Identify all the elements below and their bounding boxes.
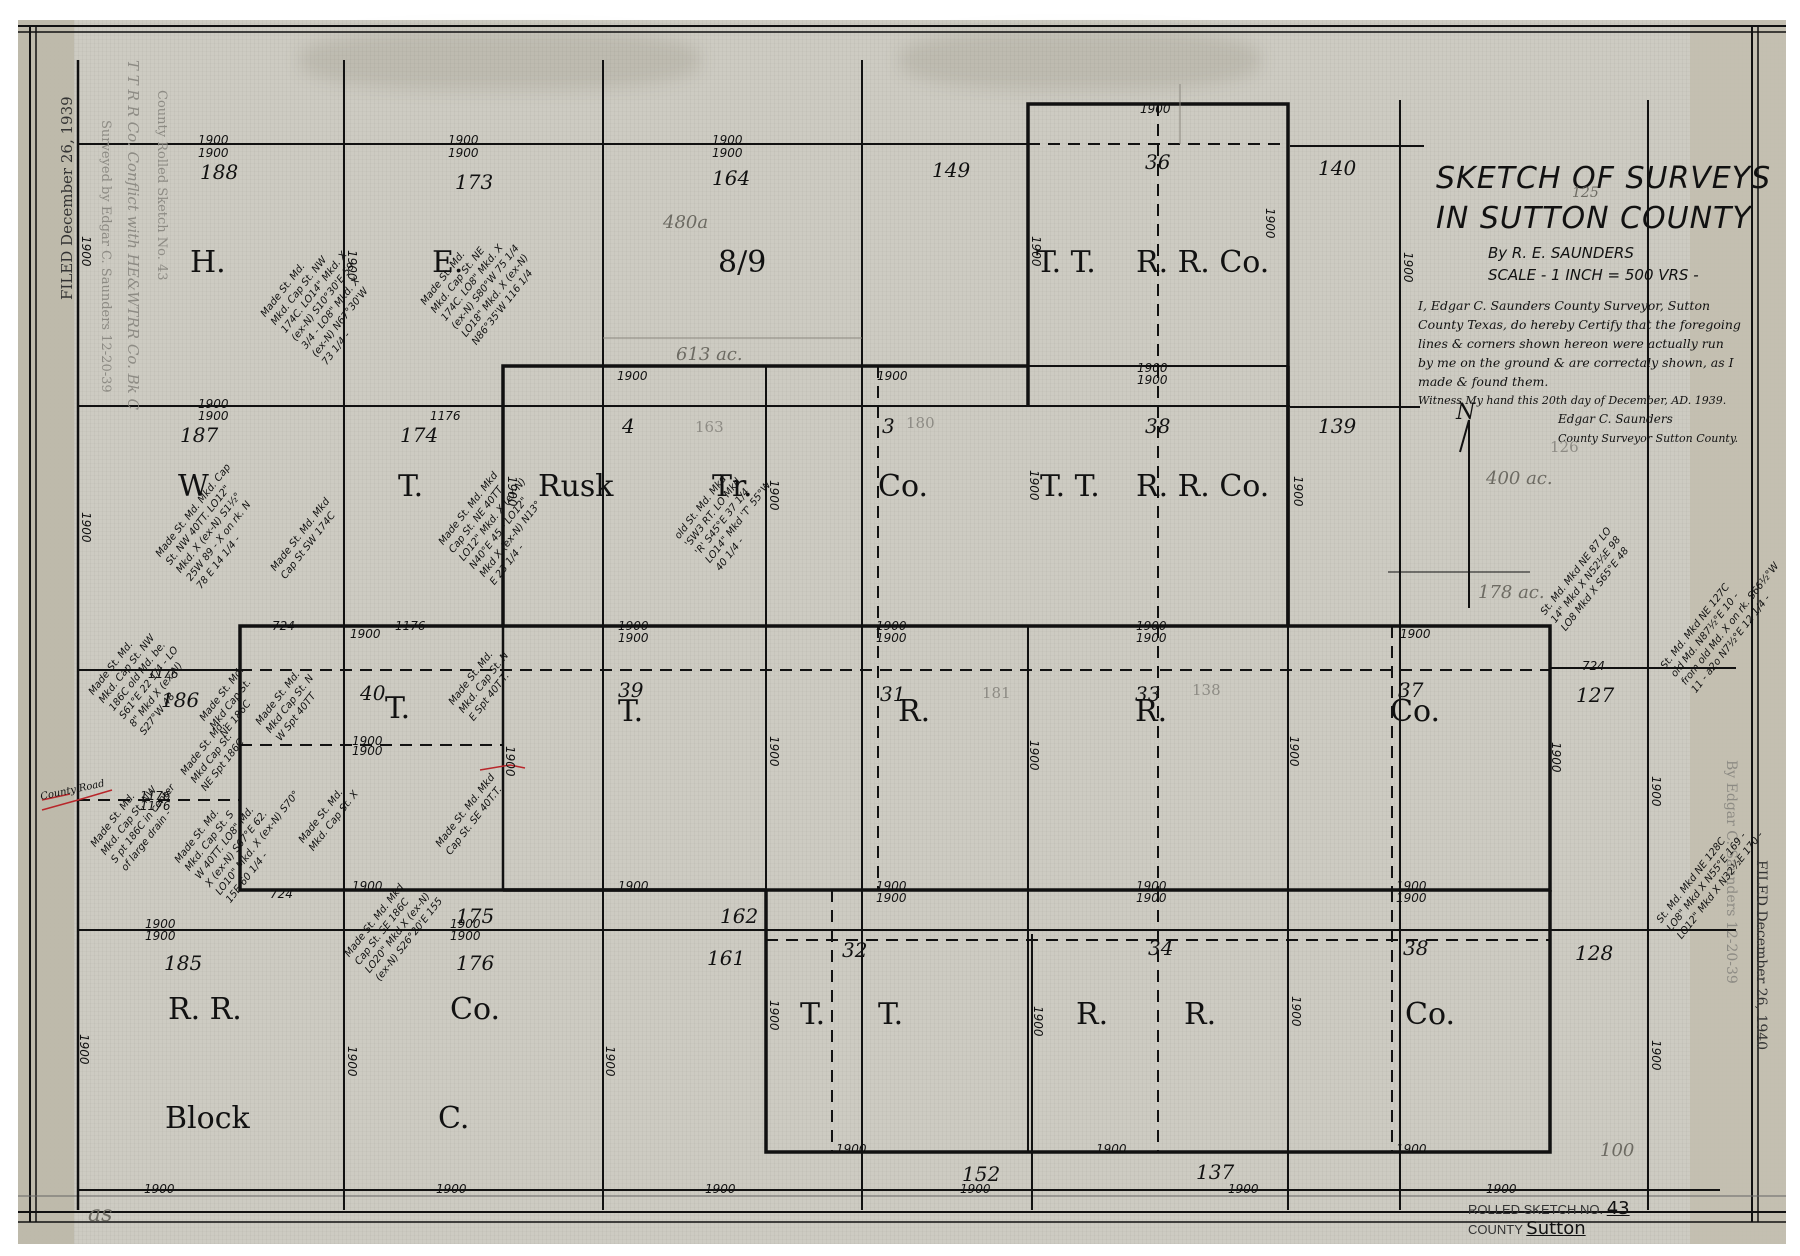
block-label: R. [1076,1000,1108,1030]
cert-line: lines & corners shown hereon were actual… [1418,334,1748,353]
block-label: T. [398,472,423,502]
block-label: Co. [450,995,500,1025]
faded-section-number: 138 [1192,683,1221,698]
filed-stamp-right: FILED December 26, 1940 [1754,860,1768,1050]
dimension-label: 1900 [352,880,383,892]
dimension-label: 1900 [877,370,908,382]
dimension-label: 1900 [1140,103,1171,115]
block-label: Co. [1405,1000,1455,1030]
section-number: 164 [712,168,750,188]
block-label: R. [1184,1000,1216,1030]
dimension-label: 1900 [1136,632,1167,644]
vertical-dimension: 1900 [1028,740,1040,771]
block-label: R. [1135,697,1167,727]
dimension-label: 1900 [1136,892,1167,904]
rolled-sketch-number: 43 [1607,1198,1630,1219]
vertical-dimension: 1900 [1032,1006,1044,1037]
dimension-label: 1900 [1396,1143,1427,1155]
pencil-note: 100 [1600,1142,1634,1160]
section-number: 162 [720,906,758,926]
faded-margin-text: T T R R Co. Conflict with HE&WTRR Co. Bk… [125,60,140,410]
block-label: Co. [878,472,928,502]
pencil-note: 480a [663,214,708,232]
section-number: 127 [1576,685,1614,705]
block-label: H. [190,248,226,278]
dimension-label: 1900 [198,410,229,422]
map-title-line1: SKETCH OF SURVEYS [1436,164,1771,194]
block-label: T. [385,694,410,724]
section-number: 36 [1145,152,1170,172]
dimension-label: 1900 [712,147,743,159]
vertical-dimension: 1900 [1402,252,1414,283]
dimension-label: 1900 [876,632,907,644]
dimension-label: 1900 [1396,892,1427,904]
section-number: 32 [842,940,867,960]
cert-line: County Texas, do hereby Certify that the… [1418,315,1748,334]
cert-signature-title: County Surveyor Sutton County. [1418,429,1748,448]
dimension-label: 724 [270,888,293,900]
dimension-label: 1176 [430,410,461,422]
section-number: 188 [200,162,238,182]
dimension-label: 724 [272,620,295,632]
dimension-label: 1900 [1137,374,1168,386]
section-number: 185 [164,953,202,973]
cert-line: made & found them. [1418,372,1748,391]
rolled-sketch-stamp: ROLLED SKETCH NO. 43 [1468,1198,1630,1219]
dimension-label: 1900 [352,745,383,757]
vertical-dimension: 1900 [604,1046,616,1077]
dimension-label: 1900 [1400,628,1431,640]
faded-section-number: 180 [906,416,935,431]
block-label: R. R. [168,995,242,1025]
vertical-dimension: 1900 [1650,776,1662,807]
dimension-label: 1900 [450,930,481,942]
vertical-dimension: 1900 [1650,1040,1662,1071]
dimension-label: 1176 [395,620,426,632]
dimension-label: 1900 [198,134,229,146]
map-scale: SCALE - 1 INCH = 500 VRS - [1488,268,1699,283]
filed-stamp-left: FILED December 26, 1939 [60,96,75,300]
section-number: 40 [360,683,385,703]
cert-line: I, Edgar C. Saunders County Surveyor, Su… [1418,296,1748,315]
dimension-label: 1900 [350,628,381,640]
dimension-label: 1900 [1096,1143,1127,1155]
block-label: C. [438,1104,469,1134]
county-label: COUNTY [1468,1222,1523,1237]
surveyor-certificate: I, Edgar C. Saunders County Surveyor, Su… [1418,296,1748,448]
dimension-label: 1900 [448,134,479,146]
pencil-note: 178 ac. [1478,584,1545,602]
dimension-label: 1900 [144,1183,175,1195]
block-label: T. [800,1000,825,1030]
block-label: R. R. Co. [1136,248,1269,278]
dimension-label: 1900 [1486,1183,1517,1195]
dimension-label: 1900 [1228,1183,1259,1195]
pencil-note: 613 ac. [676,346,743,364]
vertical-dimension: 1900 [768,480,780,511]
section-number: 3 [882,416,895,436]
vertical-dimension: 1900 [1550,742,1562,773]
section-number: 173 [455,172,493,192]
section-number: 34 [1148,938,1173,958]
faded-margin-text: Surveyed by Edgar C. Saunders 12-20-39 [99,120,112,393]
vertical-dimension: 1900 [80,512,92,543]
section-number: 152 [962,1164,1000,1184]
north-arrow-label: N [1456,402,1475,424]
block-label: Rusk [538,472,613,502]
dimension-label: 1900 [198,147,229,159]
faded-section-number: 163 [695,420,724,435]
vertical-dimension: 1900 [1264,208,1276,239]
dimension-label: 1900 [618,632,649,644]
pencil-note: 400 ac. [1486,470,1553,488]
vertical-dimension: 1900 [1288,736,1300,767]
dimension-label: 724 [1582,660,1605,672]
dimension-label: 1900 [960,1183,991,1195]
section-number: 38 [1403,938,1428,958]
block-label: Co. [1390,697,1440,727]
faded-section-number: 126 [1550,440,1579,455]
faded-section-number: 181 [982,686,1011,701]
block-label: T. T. [1036,248,1096,278]
margin-initials: as [88,1204,112,1226]
dimension-label: 1900 [705,1183,736,1195]
county-stamp: COUNTY Sutton [1468,1218,1586,1239]
block-label: 8/9 [718,248,766,278]
vertical-dimension: 1900 [346,250,358,281]
block-label: R. [898,697,930,727]
map-title-line2: IN SUTTON COUNTY [1436,204,1752,234]
block-label: T. T. [1040,472,1100,502]
map-author: By R. E. SAUNDERS [1488,246,1634,261]
section-number: 38 [1145,416,1170,436]
vertical-dimension: 1900 [346,1046,358,1077]
block-label: R. R. Co. [1136,472,1269,502]
dimension-label: 1900 [876,892,907,904]
dimension-label: 1900 [836,1143,867,1155]
vertical-dimension: 1900 [78,1034,90,1065]
vertical-dimension: 1900 [768,736,780,767]
block-label: Block [165,1104,250,1134]
map-canvas: SKETCH OF SURVEYS IN SUTTON COUNTY 125 B… [0,0,1800,1256]
cert-line: by me on the ground & are correctaly sho… [1418,353,1748,372]
section-number: 174 [400,425,438,445]
block-label: T. [878,1000,903,1030]
section-number: 4 [622,416,635,436]
vertical-dimension: 1900 [1030,236,1042,267]
dimension-label: 1900 [617,370,648,382]
section-number: 187 [180,425,218,445]
vertical-dimension: 1900 [1290,996,1302,1027]
dimension-label: 1900 [618,880,649,892]
vertical-dimension: 1900 [506,476,518,507]
dimension-label: 1900 [448,147,479,159]
vertical-dimension: 1900 [1028,470,1040,501]
county-value: Sutton [1526,1218,1585,1239]
dimension-label: 1900 [436,1183,467,1195]
vertical-dimension: 1900 [1292,476,1304,507]
dimension-label: 1900 [145,930,176,942]
rolled-sketch-label: ROLLED SKETCH NO. [1468,1202,1603,1217]
section-number: 161 [707,948,745,968]
vertical-dimension: 1900 [504,746,516,777]
vertical-dimension: 1900 [768,1000,780,1031]
section-number: 149 [932,160,970,180]
pencil-note-125: 125 [1572,186,1599,200]
block-label: T. [618,697,643,727]
section-number: 139 [1318,416,1356,436]
section-number: 176 [456,953,494,973]
section-number: 137 [1196,1162,1234,1182]
vertical-dimension: 1900 [80,236,92,267]
section-number: 140 [1318,158,1356,178]
section-number: 128 [1575,943,1613,963]
dimension-label: 1900 [712,134,743,146]
faded-margin-text: County Rolled Sketch No. 43 [155,90,168,281]
